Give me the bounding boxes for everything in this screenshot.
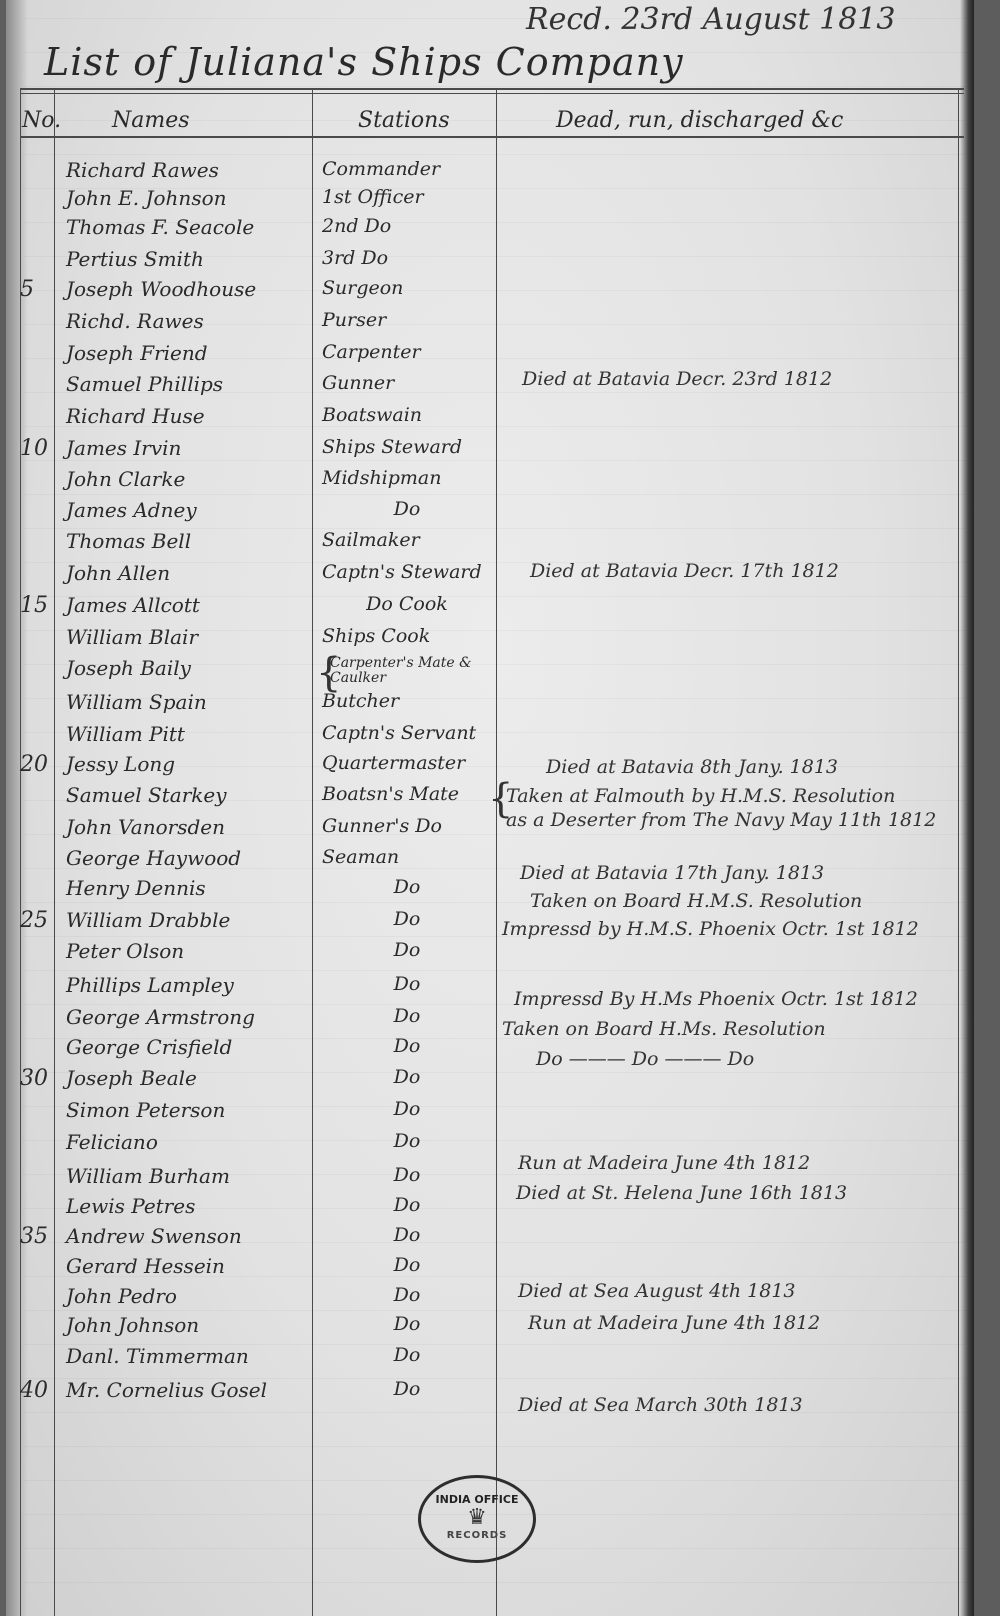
- crew-station: Sailmaker: [322, 529, 492, 551]
- crew-name: William Burham: [66, 1164, 230, 1188]
- crew-station: Midshipman: [322, 467, 492, 489]
- crew-station: Do: [322, 1130, 492, 1152]
- table-row: Thomas F. Seacole2nd Do: [6, 215, 974, 245]
- crew-name: Peter Olson: [66, 939, 184, 963]
- crew-station: Butcher: [322, 690, 492, 712]
- crew-name: Lewis Petres: [66, 1194, 195, 1218]
- row-number: 15: [20, 593, 60, 618]
- crew-station: Do: [322, 908, 492, 930]
- station-brace: {: [316, 650, 341, 696]
- table-row: Gerard HesseinDo: [6, 1254, 974, 1284]
- remark-entry: Taken on Board H.M.S. Resolution: [530, 890, 862, 912]
- india-office-records-stamp: INDIA OFFICE ♛ RECORDS: [418, 1475, 536, 1563]
- crew-station: Captn's Steward: [322, 561, 492, 583]
- crew-name: John Clarke: [66, 467, 185, 491]
- table-row: 40Mr. Cornelius GoselDo: [6, 1378, 974, 1408]
- table-row: 30Joseph BealeDo: [6, 1066, 974, 1096]
- remark-entry: Died at Sea August 4th 1813: [518, 1280, 796, 1302]
- remark-entry: Died at Batavia 8th Jany. 1813: [546, 756, 838, 778]
- crew-station: Do: [322, 1313, 492, 1335]
- remark-entry: Run at Madeira June 4th 1812: [518, 1152, 810, 1174]
- crew-station: Gunner: [322, 372, 492, 394]
- crew-name: John Vanorsden: [66, 815, 225, 839]
- crew-station: Do: [322, 1344, 492, 1366]
- table-row: Richd. RawesPurser: [6, 309, 974, 339]
- crew-station: Do: [322, 1224, 492, 1246]
- crew-station: Do: [322, 1284, 492, 1306]
- crew-name: Thomas F. Seacole: [66, 215, 254, 239]
- crew-name: Thomas Bell: [66, 529, 191, 553]
- table-row: John JohnsonDo: [6, 1313, 974, 1343]
- crew-station: Ships Cook: [322, 625, 492, 647]
- crew-name: William Pitt: [66, 722, 185, 746]
- header-bottom-rule: [20, 136, 964, 138]
- crew-name: Joseph Friend: [66, 341, 208, 365]
- header-top-rule-double: [20, 93, 964, 94]
- royal-crest-icon: ♛: [467, 1506, 487, 1530]
- crew-station: Do: [322, 1254, 492, 1276]
- remark-entry: Died at Sea March 30th 1813: [518, 1394, 803, 1416]
- crew-name: Pertius Smith: [66, 247, 204, 271]
- table-row: John ClarkeMidshipman: [6, 467, 974, 497]
- table-row: Peter OlsonDo: [6, 939, 974, 969]
- table-row: Danl. TimmermanDo: [6, 1344, 974, 1374]
- stamp-bottom-text: RECORDS: [447, 1530, 508, 1541]
- crew-name: William Drabble: [66, 908, 230, 932]
- table-row: Richard HuseBoatswain: [6, 404, 974, 434]
- row-number: 35: [20, 1224, 60, 1249]
- row-number: 10: [20, 436, 60, 461]
- header-top-rule: [20, 88, 964, 90]
- table-row: 5Joseph WoodhouseSurgeon: [6, 277, 974, 307]
- table-row: Simon PetersonDo: [6, 1098, 974, 1128]
- crew-name: George Haywood: [66, 846, 241, 870]
- crew-name: William Spain: [66, 690, 207, 714]
- crew-station: Do: [322, 939, 492, 961]
- crew-name: Samuel Phillips: [66, 372, 223, 396]
- table-row: William PittCaptn's Servant: [6, 722, 974, 752]
- crew-name: John Johnson: [66, 1313, 199, 1337]
- remark-entry: Died at Batavia Decr. 23rd 1812: [522, 368, 832, 390]
- table-row: James AdneyDo: [6, 498, 974, 528]
- received-date-note: Recd. 23rd August 1813: [526, 2, 896, 37]
- table-row: 10James IrvinShips Steward: [6, 436, 974, 466]
- crew-name: John Pedro: [66, 1284, 177, 1308]
- table-row: William SpainButcher: [6, 690, 974, 720]
- crew-name: Danl. Timmerman: [66, 1344, 249, 1368]
- crew-station: Seaman: [322, 846, 492, 868]
- crew-station: Carpenter's Mate & Caulker: [330, 656, 490, 686]
- crew-station: Do: [322, 1164, 492, 1186]
- crew-station: Commander: [322, 158, 492, 180]
- crew-station: Purser: [322, 309, 492, 331]
- crew-name: James Allcott: [66, 593, 200, 617]
- crew-station: Boatsn's Mate: [322, 783, 492, 805]
- crew-name: Feliciano: [66, 1130, 158, 1154]
- crew-name: George Armstrong: [66, 1005, 255, 1029]
- table-row: 35Andrew SwensonDo: [6, 1224, 974, 1254]
- table-row: John E. Johnson1st Officer: [6, 186, 974, 216]
- table-row: Thomas BellSailmaker: [6, 529, 974, 559]
- crew-station: 1st Officer: [322, 186, 492, 208]
- crew-name: Phillips Lampley: [66, 973, 234, 997]
- crew-name: James Adney: [66, 498, 197, 522]
- row-number: 5: [20, 277, 60, 302]
- crew-name: Joseph Woodhouse: [66, 277, 256, 301]
- header-number: No.: [22, 108, 61, 133]
- row-number: 40: [20, 1378, 60, 1403]
- remark-brace: {: [488, 776, 513, 822]
- table-row: FelicianoDo: [6, 1130, 974, 1160]
- crew-name: Samuel Starkey: [66, 783, 227, 807]
- page-title: List of Juliana's Ships Company: [44, 40, 684, 84]
- crew-name: William Blair: [66, 625, 198, 649]
- crew-name: Richard Huse: [66, 404, 205, 428]
- table-row: George CrisfieldDo: [6, 1035, 974, 1065]
- remark-entry: Do ——— Do ——— Do: [536, 1048, 754, 1070]
- remark-entry: Died at Batavia Decr. 17th 1812: [530, 560, 839, 582]
- crew-station: 3rd Do: [322, 247, 492, 269]
- table-row: 15James AllcottDo Cook: [6, 593, 974, 623]
- crew-station: Do: [322, 1098, 492, 1120]
- table-row: Pertius Smith3rd Do: [6, 247, 974, 277]
- remark-entry: Died at Batavia 17th Jany. 1813: [520, 862, 824, 884]
- table-row: William BlairShips Cook: [6, 625, 974, 655]
- crew-station: Do: [322, 498, 492, 520]
- crew-station: Do: [322, 1005, 492, 1027]
- crew-station: Quartermaster: [322, 752, 492, 774]
- crew-station: Do: [322, 1066, 492, 1088]
- header-names: Names: [112, 108, 190, 133]
- header-remarks: Dead, run, discharged &c: [556, 108, 843, 133]
- crew-station: Boatswain: [322, 404, 492, 426]
- remark-entry: Taken at Falmouth by H.M.S. Resolution: [506, 785, 895, 807]
- crew-station: 2nd Do: [322, 215, 492, 237]
- crew-name: Joseph Baily: [66, 656, 191, 680]
- row-number: 25: [20, 908, 60, 933]
- crew-name: Jessy Long: [66, 752, 175, 776]
- crew-station: Surgeon: [322, 277, 492, 299]
- table-row: Richard RawesCommander: [6, 158, 974, 188]
- crew-station: Carpenter: [322, 341, 492, 363]
- crew-name: Richd. Rawes: [66, 309, 204, 333]
- crew-name: Richard Rawes: [66, 158, 219, 182]
- crew-name: John E. Johnson: [66, 186, 227, 210]
- row-number: 30: [20, 1066, 60, 1091]
- crew-name: Henry Dennis: [66, 876, 206, 900]
- crew-station: Do Cook: [322, 593, 492, 615]
- crew-station: Do: [322, 973, 492, 995]
- table-row: John PedroDo: [6, 1284, 974, 1314]
- crew-name: Mr. Cornelius Gosel: [66, 1378, 267, 1402]
- table-row: Joseph BailyCarpenter's Mate & Caulker: [6, 656, 974, 686]
- crew-station: Do: [322, 1378, 492, 1400]
- crew-name: John Allen: [66, 561, 170, 585]
- crew-station: Do: [322, 876, 492, 898]
- table-row: Joseph FriendCarpenter: [6, 341, 974, 371]
- crew-name: George Crisfield: [66, 1035, 232, 1059]
- crew-station: Do: [322, 1194, 492, 1216]
- header-stations: Stations: [358, 108, 450, 133]
- remark-entry: Died at St. Helena June 16th 1813: [516, 1182, 847, 1204]
- crew-name: Joseph Beale: [66, 1066, 197, 1090]
- row-number: 20: [20, 752, 60, 777]
- crew-station: Gunner's Do: [322, 815, 492, 837]
- ledger-page: Recd. 23rd August 1813 List of Juliana's…: [6, 0, 974, 1616]
- crew-name: Gerard Hessein: [66, 1254, 225, 1278]
- remark-entry: Impressd By H.Ms Phoenix Octr. 1st 1812: [514, 988, 918, 1010]
- crew-station: Do: [322, 1035, 492, 1057]
- remark-entry: as a Deserter from The Navy May 11th 181…: [506, 809, 936, 831]
- crew-station: Ships Steward: [322, 436, 492, 458]
- crew-name: Simon Peterson: [66, 1098, 225, 1122]
- crew-station: Captn's Servant: [322, 722, 492, 744]
- crew-name: James Irvin: [66, 436, 181, 460]
- remark-entry: Run at Madeira June 4th 1812: [528, 1312, 820, 1334]
- remark-entry: Impressd by H.M.S. Phoenix Octr. 1st 181…: [502, 918, 919, 940]
- remark-entry: Taken on Board H.Ms. Resolution: [502, 1018, 826, 1040]
- crew-name: Andrew Swenson: [66, 1224, 242, 1248]
- table-row: George HaywoodSeaman: [6, 846, 974, 876]
